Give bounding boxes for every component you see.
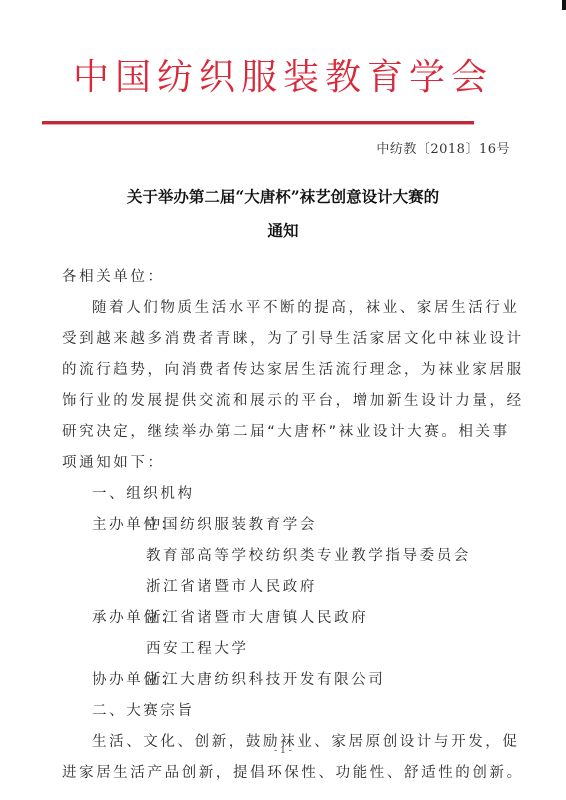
host-name: 中国纺织服装教育学会	[146, 510, 317, 541]
notice-title-line-1: 关于举办第二届“大唐杯”袜艺创意设计大赛的	[0, 180, 566, 214]
organizer-name: 西安工程大学	[62, 634, 512, 665]
organizer-name: 浙江省诸暨市大唐镇人民政府	[146, 603, 368, 634]
notice-title: 关于举办第二届“大唐杯”袜艺创意设计大赛的 通知	[0, 180, 566, 248]
intro-line: 研究决定，继续举办第二届“大唐杯”袜业设计大赛。相关事	[62, 417, 512, 448]
intro-line: 饰行业的发展提供交流和展示的平台，增加新生设计力量，经	[62, 386, 512, 417]
organizer-row: 承办单位： 浙江省诸暨市大唐镇人民政府	[62, 603, 512, 634]
host-name: 教育部高等学校纺织类专业教学指导委员会	[62, 541, 512, 572]
section-heading-purpose: 二、大赛宗旨	[62, 696, 512, 727]
letterhead-divider	[42, 121, 474, 125]
intro-line: 随着人们物质生活水平不断的提高，袜业、家居生活行业	[62, 293, 512, 324]
co-organizer-label: 协办单位：	[62, 665, 146, 696]
host-row: 主办单位： 中国纺织服装教育学会	[62, 510, 512, 541]
section-heading-organization: 一、组织机构	[62, 479, 512, 510]
notice-title-line-2: 通知	[0, 214, 566, 248]
organizer-label: 承办单位：	[62, 603, 146, 634]
host-name: 浙江省诸暨市人民政府	[62, 572, 512, 603]
co-organizer-name: 浙江大唐纺织科技开发有限公司	[146, 665, 385, 696]
letterhead-organization: 中国纺织服装教育学会	[0, 56, 566, 100]
co-organizer-row: 协办单位： 浙江大唐纺织科技开发有限公司	[62, 665, 512, 696]
intro-line: 项通知如下：	[62, 448, 512, 479]
host-label: 主办单位：	[62, 510, 146, 541]
document-number: 中纺教〔2018〕16号	[376, 138, 510, 157]
scan-corner-mark	[562, 0, 566, 10]
document-body: 各相关单位： 随着人们物质生活水平不断的提高，袜业、家居生活行业 受到越来越多消…	[62, 262, 512, 789]
intro-line: 的流行趋势，向消费者传达家居生活流行理念，为袜业家居服	[62, 355, 512, 386]
purpose-line: 进家居生活产品创新，提倡环保性、功能性、舒适性的创新。	[62, 758, 512, 789]
intro-line: 受到越来越多消费者青睐，为了引导生活家居文化中袜业设计	[62, 324, 512, 355]
salutation: 各相关单位：	[62, 262, 512, 293]
page-number: - 1 -	[0, 746, 566, 756]
